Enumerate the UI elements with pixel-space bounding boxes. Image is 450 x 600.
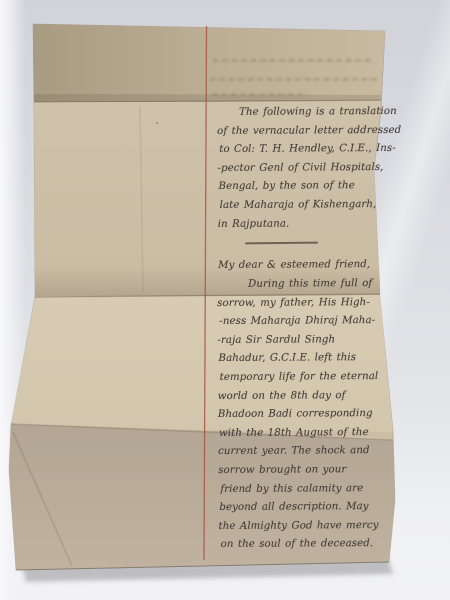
- handwritten-line: world on the 8th day of: [218, 387, 379, 407]
- handwritten-line: on the soul of the deceased.: [221, 535, 380, 555]
- salutation: My dear & esteemed friend,: [217, 256, 370, 276]
- photo-backdrop: The following is a translationof the ver…: [0, 0, 450, 600]
- handwritten-line: Bhadoon Badi corresponding: [218, 405, 379, 425]
- letter-body: During this time full ofsorrow, my fathe…: [217, 275, 379, 555]
- paper-fold-top: [33, 24, 385, 102]
- handwritten-line: -raja Sir Sardul Singh: [217, 331, 378, 351]
- handwritten-line: friend by this calamity are: [220, 480, 379, 500]
- handwritten-line: beyond all description. May: [219, 498, 379, 518]
- handwritten-line: -ness Maharaja Dhiraj Maha-: [219, 312, 378, 332]
- handwritten-line: of the vernacular letter addressed: [217, 121, 401, 141]
- handwritten-line: sorrow brought on your: [218, 461, 379, 481]
- handwritten-line: -pector Genl of Civil Hospitals,: [217, 159, 401, 179]
- handwritten-line: to Col: T. H. Hendley, C.I.E., Ins-: [219, 140, 401, 160]
- handwritten-line: sorrow, my father, His High-: [217, 294, 378, 314]
- handwritten-line: Bengal, by the son of the: [218, 177, 401, 197]
- handwritten-line: During this time full of: [218, 275, 378, 295]
- intro-note: The following is a translationof the ver…: [217, 103, 402, 234]
- handwritten-line: temporary life for the eternal: [220, 368, 379, 388]
- handwritten-line: in Rajputana.: [218, 214, 402, 234]
- handwritten-line: the Almighty God have mercy: [218, 517, 379, 537]
- handwritten-line: with the 18th August of the: [219, 424, 379, 444]
- ink-bleed-through: [212, 93, 308, 96]
- ink-speck: [156, 122, 158, 124]
- handwritten-line: Bahadur, G.C.I.E. left this: [218, 349, 378, 369]
- handwritten-line: current year. The shock and: [218, 442, 379, 462]
- handwritten-line: The following is a translation: [218, 103, 401, 123]
- handwritten-line: My dear & esteemed friend,: [218, 256, 370, 276]
- ink-bleed-through: [213, 59, 373, 62]
- handwritten-line: late Maharaja of Kishengarh,: [220, 196, 402, 216]
- ink-bleed-through: [210, 78, 378, 81]
